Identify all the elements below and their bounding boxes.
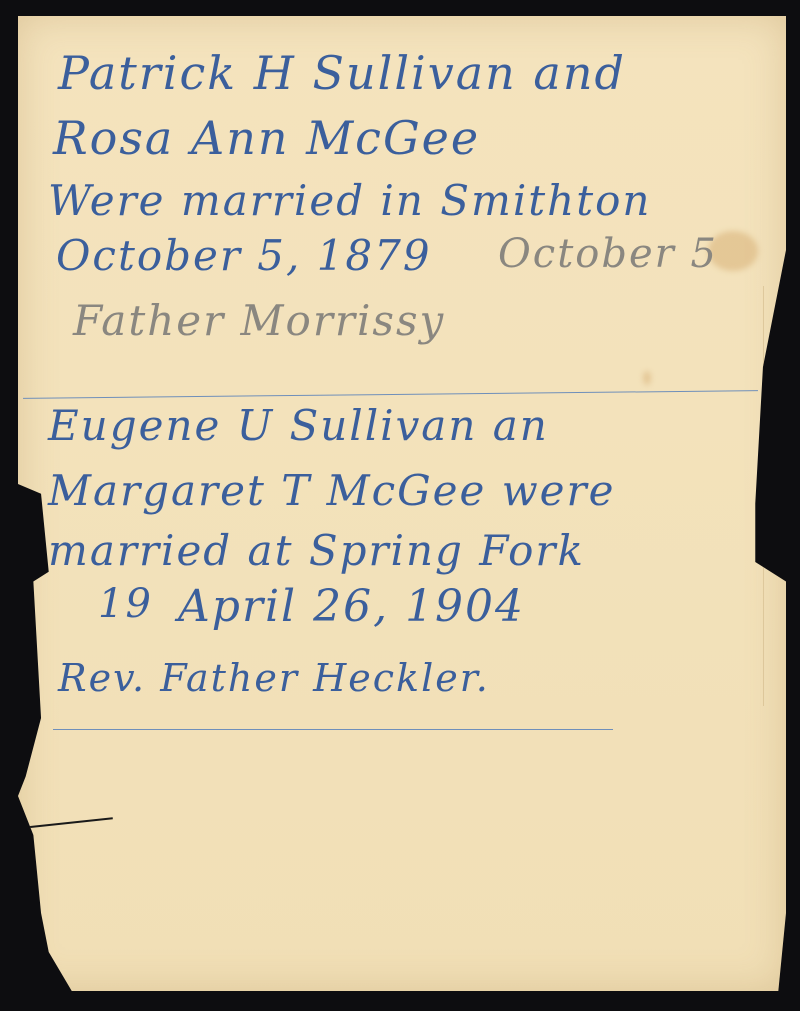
bottom-rule xyxy=(53,729,613,730)
entry1-line1: Patrick H Sullivan and xyxy=(58,46,626,100)
entry2-line2: Margaret T McGee were xyxy=(48,466,615,515)
entry1-line3: Were married in Smithton xyxy=(48,176,651,225)
paper-fold xyxy=(763,286,764,706)
entry1-date: October 5, 1879 xyxy=(56,231,432,280)
entry1-date-note: October 5 xyxy=(498,231,718,277)
divider-rule xyxy=(23,390,758,399)
entry2-prefix: 19 xyxy=(98,581,153,627)
entry1-officiant: Father Morrissy xyxy=(73,296,445,345)
entry2-line1: Eugene U Sullivan an xyxy=(48,401,549,450)
entry2-date: April 26, 1904 xyxy=(178,581,525,632)
entry1-line2: Rosa Ann McGee xyxy=(53,111,480,165)
entry2-officiant: Rev. Father Heckler. xyxy=(58,656,490,700)
document-paper: Patrick H Sullivan and Rosa Ann McGee We… xyxy=(18,16,786,991)
entry2-line3: married at Spring Fork xyxy=(48,526,585,575)
stain xyxy=(643,371,651,385)
paper-tear xyxy=(23,817,113,828)
